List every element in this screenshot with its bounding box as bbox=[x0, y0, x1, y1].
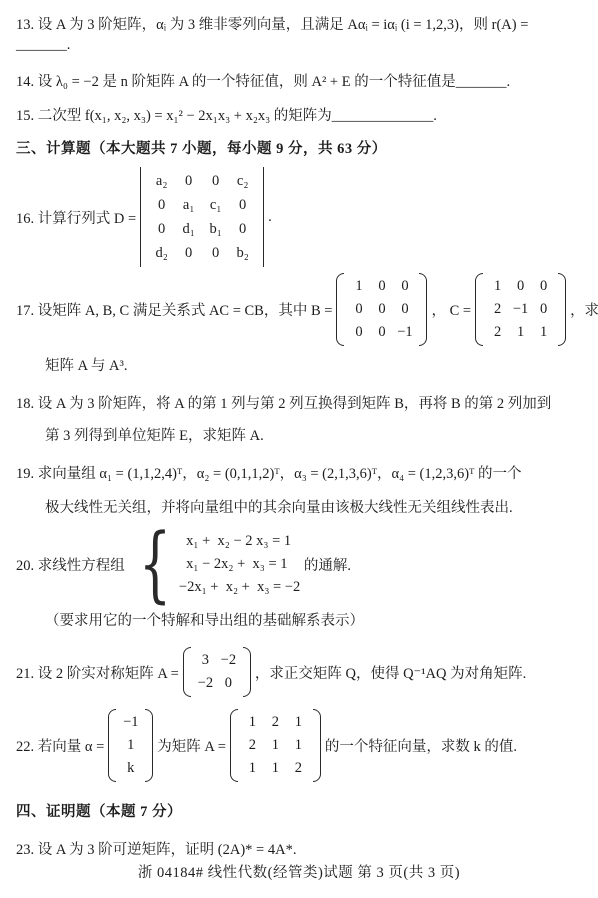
question-22: 22. 若向量 α = −11k 为矩阵 A = 121211112 的一个特征… bbox=[16, 709, 574, 782]
matrix-a-q21-entries: 3−2−20 bbox=[191, 647, 243, 697]
matrix-b: 10000000−1 bbox=[336, 273, 427, 346]
question-16: 16. 计算行列式 D = a₂00c₂0a₁c₁00d₁b₁0d₂00b₂ . bbox=[16, 167, 574, 267]
question-17-prefix: 17. 设矩阵 A, B, C 满足关系式 AC = CB，其中 B = bbox=[16, 299, 332, 320]
matrix-a-q21: 3−2−20 bbox=[183, 647, 251, 697]
right-paren-icon bbox=[558, 273, 566, 346]
left-paren-icon bbox=[230, 709, 238, 782]
equations: x₁ + x₂ − 2 x₃ = 1 x₁ − 2x₂ + x₃ = 1 −2x… bbox=[177, 530, 300, 599]
exam-page: 13. 设 A 为 3 阶矩阵，αᵢ 为 3 维非零列向量，且满足 Aαᵢ = … bbox=[0, 0, 598, 898]
equation-2: x₁ − 2x₂ + x₃ = 1 bbox=[179, 553, 300, 576]
equation-3: −2x₁ + x₂ + x₃ = −2 bbox=[179, 576, 300, 599]
question-22-prefix: 22. 若向量 α = bbox=[16, 735, 104, 756]
right-paren-icon bbox=[243, 647, 251, 697]
page-footer: 浙 04184# 线性代数(经管类)试题 第 3 页(共 3 页) bbox=[0, 861, 598, 882]
right-paren-icon bbox=[313, 709, 321, 782]
question-22-mid: 为矩阵 A = bbox=[157, 735, 226, 756]
question-18-line2: 第 3 列得到单位矩阵 E，求矩阵 A. bbox=[16, 426, 574, 446]
left-paren-icon bbox=[183, 647, 191, 697]
vector-alpha-entries: −11k bbox=[116, 709, 145, 782]
matrix-c: 1002−10211 bbox=[475, 273, 566, 346]
right-paren-icon bbox=[419, 273, 427, 346]
section-3-header: 三、计算题（本大题共 7 小题，每小题 9 分，共 63 分） bbox=[16, 139, 574, 159]
left-paren-icon bbox=[108, 709, 116, 782]
question-16-suffix: . bbox=[268, 209, 272, 226]
question-18-line1: 18. 设 A 为 3 阶矩阵，将 A 的第 1 列与第 2 列互换得到矩阵 B… bbox=[16, 394, 574, 414]
question-22-suffix: 的一个特征向量，求数 k 的值. bbox=[325, 735, 517, 756]
determinant-bar-right bbox=[263, 167, 264, 267]
question-13: 13. 设 A 为 3 阶矩阵，αᵢ 为 3 维非零列向量，且满足 Aαᵢ = … bbox=[16, 15, 574, 55]
question-16-prefix: 16. 计算行列式 D = bbox=[16, 207, 136, 228]
question-17-suffix: ，求 bbox=[570, 299, 598, 320]
left-brace-icon: { bbox=[139, 532, 171, 598]
question-17-line2: 矩阵 A 与 A³. bbox=[16, 356, 574, 376]
matrix-b-entries: 10000000−1 bbox=[344, 273, 419, 346]
question-20-prefix: 20. 求线性方程组 bbox=[16, 554, 125, 575]
question-20: 20. 求线性方程组 { x₁ + x₂ − 2 x₃ = 1 x₁ − 2x₂… bbox=[16, 530, 574, 599]
left-paren-icon bbox=[336, 273, 344, 346]
question-17-mid: ， C = bbox=[431, 299, 471, 320]
section-4-header: 四、证明题（本题 7 分） bbox=[16, 802, 574, 822]
question-21: 21. 设 2 阶实对称矩阵 A = 3−2−20 ，求正交矩阵 Q，使得 Q⁻… bbox=[16, 647, 574, 697]
equation-1: x₁ + x₂ − 2 x₃ = 1 bbox=[179, 530, 300, 553]
question-21-suffix: ，求正交矩阵 Q，使得 Q⁻¹AQ 为对角矩阵. bbox=[255, 662, 526, 683]
question-23: 23. 设 A 为 3 阶可逆矩阵，证明 (2A)* = 4A*. bbox=[16, 840, 574, 860]
question-14: 14. 设 λ₀ = −2 是 n 阶矩阵 A 的一个特征值，则 A² + E … bbox=[16, 72, 574, 92]
question-17: 17. 设矩阵 A, B, C 满足关系式 AC = CB，其中 B = 100… bbox=[16, 273, 574, 346]
vector-alpha: −11k bbox=[108, 709, 153, 782]
left-paren-icon bbox=[475, 273, 483, 346]
determinant-bar-left bbox=[140, 167, 141, 267]
matrix-a-q22-entries: 121211112 bbox=[238, 709, 313, 782]
question-15: 15. 二次型 f(x₁, x₂, x₃) = x₁² − 2x₁x₃ + x₂… bbox=[16, 106, 574, 126]
question-21-prefix: 21. 设 2 阶实对称矩阵 A = bbox=[16, 662, 179, 683]
question-20-note: （要求用它的一个特解和导出组的基础解系表示） bbox=[16, 611, 574, 631]
question-20-suffix: 的通解. bbox=[300, 554, 351, 575]
matrix-c-entries: 1002−10211 bbox=[483, 273, 558, 346]
determinant-d: a₂00c₂0a₁c₁00d₁b₁0d₂00b₂ bbox=[140, 167, 264, 267]
right-paren-icon bbox=[145, 709, 153, 782]
determinant-entries: a₂00c₂0a₁c₁00d₁b₁0d₂00b₂ bbox=[145, 167, 259, 267]
question-19-line2: 极大线性无关组，并将向量组中的其余向量由该极大线性无关组线性表出. bbox=[16, 498, 574, 518]
matrix-a-q22: 121211112 bbox=[230, 709, 321, 782]
question-19-line1: 19. 求向量组 α₁ = (1,1,2,4)ᵀ，α₂ = (0,1,1,2)ᵀ… bbox=[16, 464, 574, 484]
equation-system: { x₁ + x₂ − 2 x₃ = 1 x₁ − 2x₂ + x₃ = 1 −… bbox=[129, 530, 300, 599]
